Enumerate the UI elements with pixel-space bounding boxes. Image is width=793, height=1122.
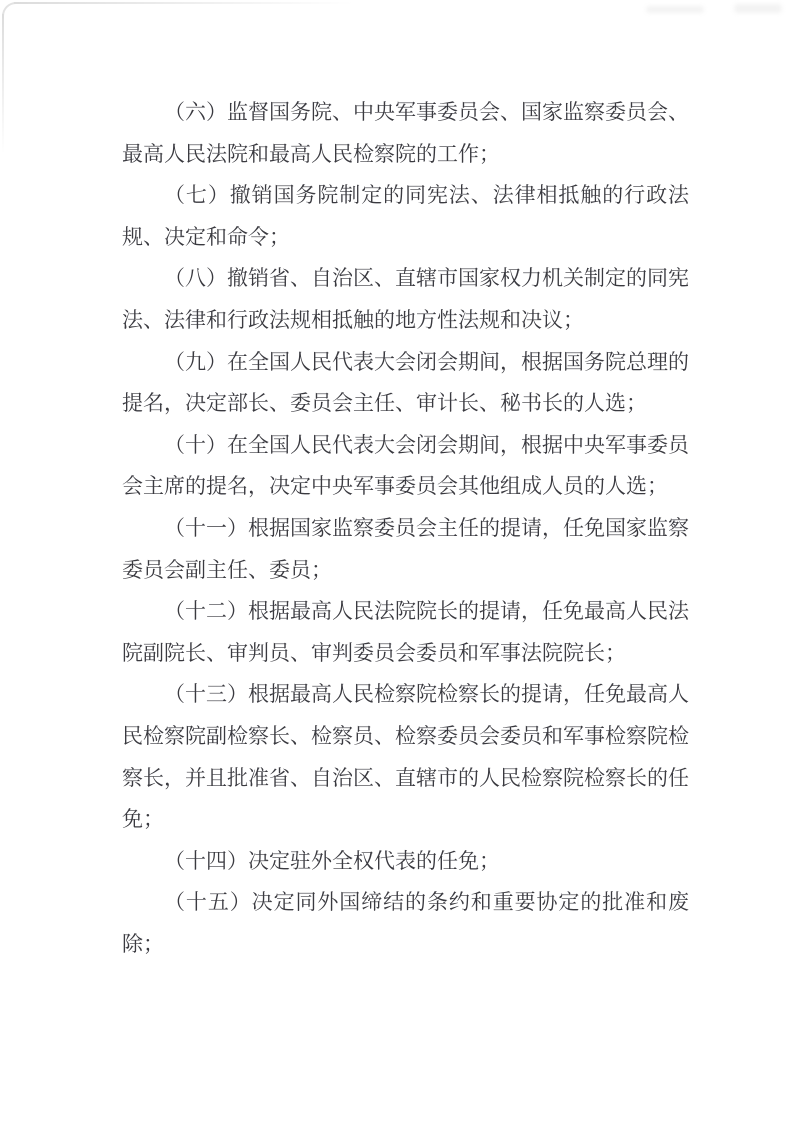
- scan-edge-corner-artifact: [2, 2, 18, 18]
- paragraph-6: （十一）根据国家监察委员会主任的提请，任免国家监察委员会副主任、委员；: [122, 508, 689, 591]
- paragraph-3: （八）撤销省、自治区、直辖市国家权力机关制定的同宪法、法律和行政法规相抵触的地方…: [122, 258, 689, 341]
- paragraph-7: （十二）根据最高人民法院院长的提请，任免最高人民法院副院长、审判员、审判委员会委…: [122, 591, 689, 674]
- scan-smudge-artifact: [734, 4, 782, 13]
- paragraph-2: （七）撤销国务院制定的同宪法、法律相抵触的行政法规、决定和命令；: [122, 175, 689, 258]
- paragraph-1: （六）监督国务院、中央军事委员会、国家监察委员会、最高人民法院和最高人民检察院的…: [122, 92, 689, 175]
- paragraph-9: （十四）决定驻外全权代表的任免；: [122, 841, 689, 883]
- paragraph-4: （九）在全国人民代表大会闭会期间，根据国务院总理的提名，决定部长、委员会主任、审…: [122, 342, 689, 425]
- paragraph-8: （十三）根据最高人民检察院检察长的提请，任免最高人民检察院副检察长、检察员、检察…: [122, 674, 689, 840]
- document-body: （六）监督国务院、中央军事委员会、国家监察委员会、最高人民法院和最高人民检察院的…: [122, 92, 689, 965]
- scan-edge-top-artifact: [14, 2, 354, 4]
- scan-edge-left-artifact: [2, 14, 4, 154]
- paragraph-5: （十）在全国人民代表大会闭会期间，根据中央军事委员会主席的提名，决定中央军事委员…: [122, 425, 689, 508]
- document-page: （六）监督国务院、中央军事委员会、国家监察委员会、最高人民法院和最高人民检察院的…: [0, 0, 793, 1122]
- paragraph-10: （十五）决定同外国缔结的条约和重要协定的批准和废除；: [122, 882, 689, 965]
- scan-smudge-artifact: [646, 6, 704, 13]
